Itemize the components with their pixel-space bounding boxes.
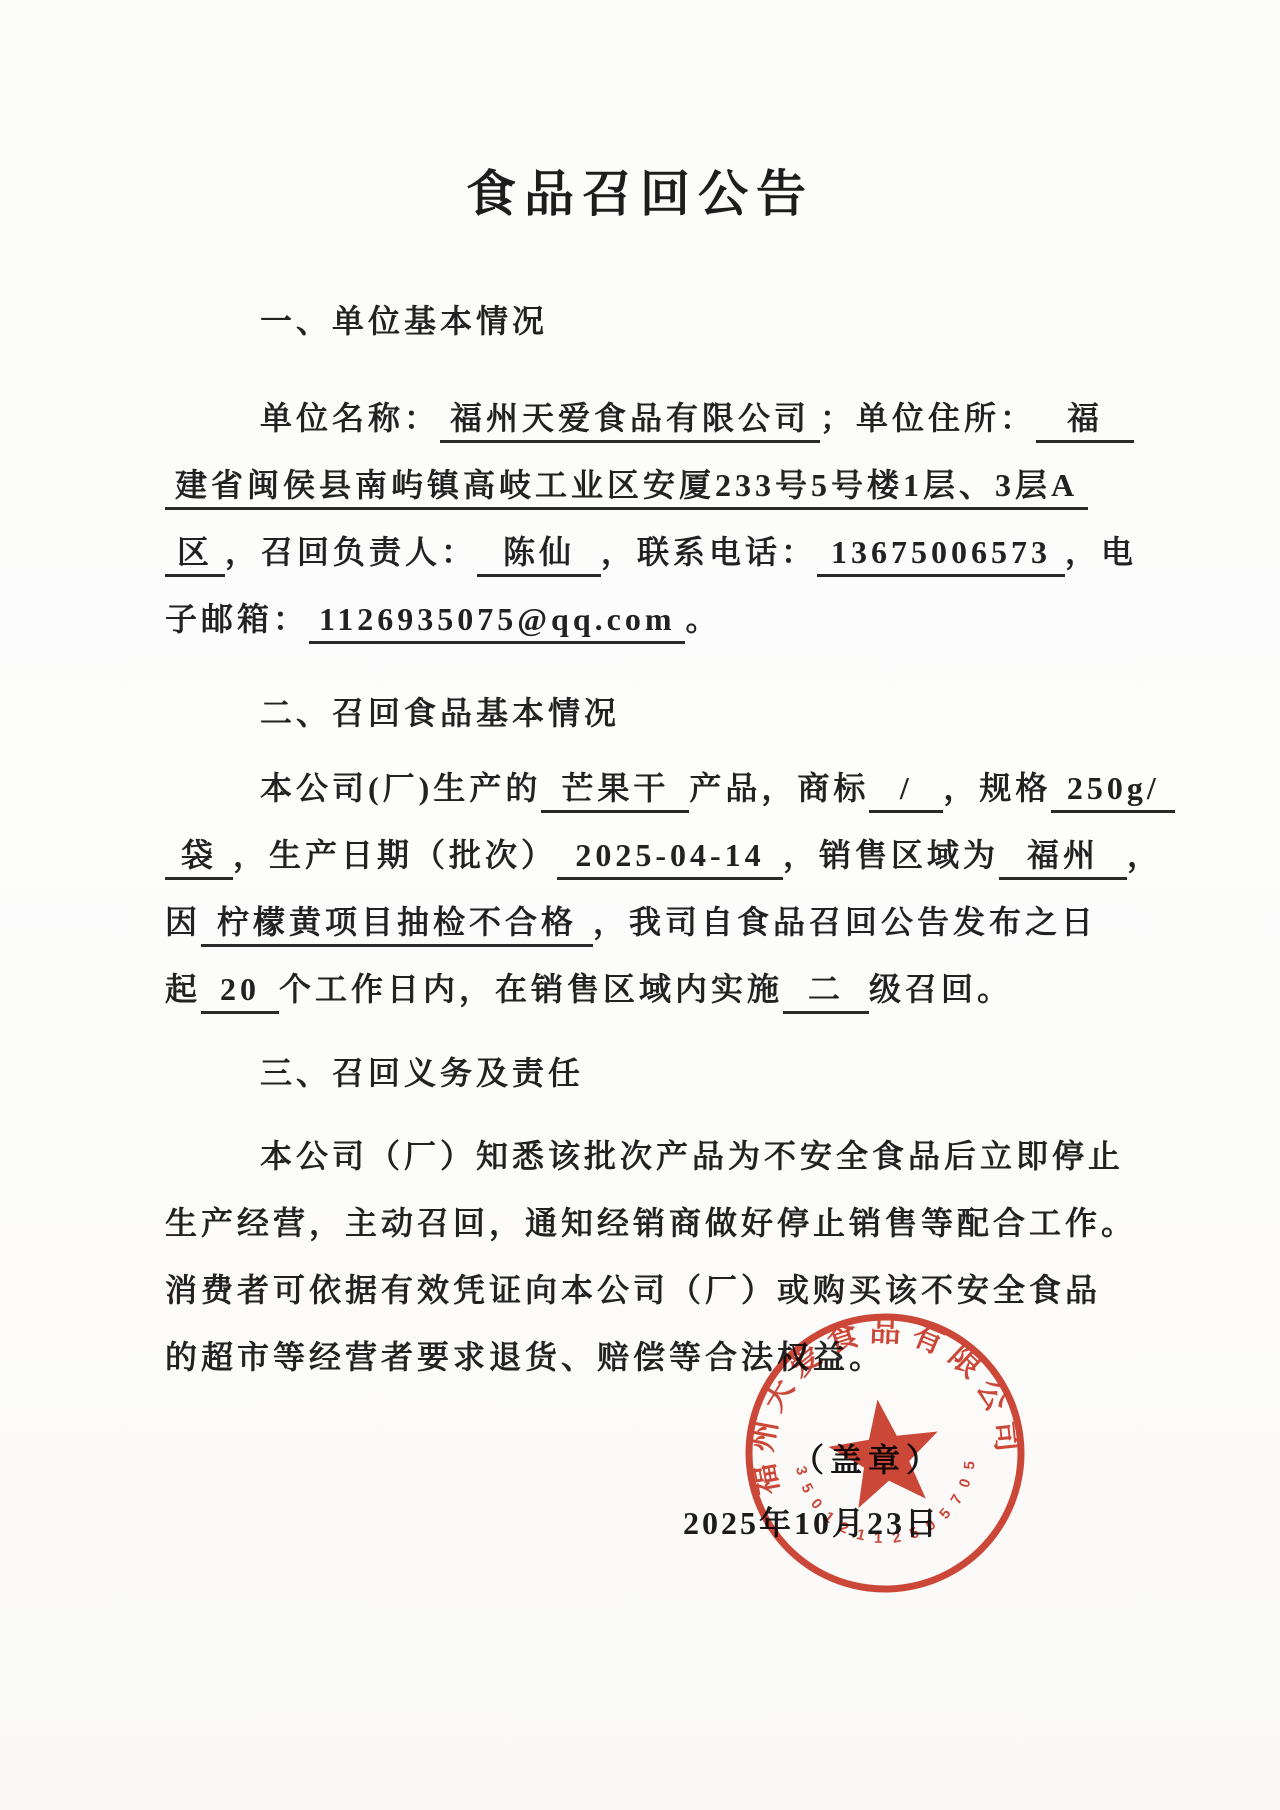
filled-blank: 1126935075@qq.com (309, 600, 685, 644)
section-heading-recalled-food-info: 二、召回食品基本情况 (165, 680, 1270, 747)
scanned-document-page: 食品召回公告 一、单位基本情况 单位名称：福州天爱食品有限公司；单位住所：福建省… (0, 0, 1280, 1810)
filled-blank: 13675006573 (817, 533, 1065, 577)
text-run: ；单位住所： (820, 400, 1036, 436)
filled-blank: 柠檬黄项目抽检不合格 (201, 903, 593, 947)
text-run: ，生产日期（批次） (233, 837, 557, 873)
text-run: ，联系电话： (601, 534, 817, 570)
filled-blank: 福 (1036, 399, 1134, 443)
text-line: 单位名称：福州天爱食品有限公司；单位住所：福 (165, 385, 1175, 452)
text-line: 生产经营，主动召回，通知经销商做好停止销售等配合工作。 (165, 1190, 1175, 1257)
text-run: 因 (165, 904, 201, 940)
filled-blank: 福州 (999, 836, 1127, 880)
text-run: 本公司(厂)生产的 (260, 770, 541, 806)
text-run: ， (1127, 837, 1163, 873)
filled-blank: 福州天爱食品有限公司 (440, 399, 820, 443)
text-run: 起 (165, 971, 201, 1007)
company-seal: 福州天爱食品有限公司 35012112505705 (720, 1288, 1050, 1618)
text-run: 产品，商标 (689, 770, 869, 806)
text-run: 子邮箱： (165, 601, 309, 637)
text-line: 消费者可依据有效凭证向本公司（厂）或购买该不安全食品 (165, 1257, 1175, 1324)
text-run: ，我司自食品召回公告发布之日 (593, 904, 1097, 940)
filled-blank: 袋 (165, 836, 233, 880)
text-run: 个工作日内，在销售区域内实施 (279, 971, 783, 1007)
star-icon (823, 1392, 947, 1511)
filled-blank: / (869, 769, 943, 813)
paragraph-recalled-food-info: 本公司(厂)生产的芒果干产品，商标/，规格250g/袋，生产日期（批次）2025… (165, 755, 1175, 1023)
text-line: 起20个工作日内，在销售区域内实施二级召回。 (165, 956, 1175, 1023)
text-line: 子邮箱：1126935075@qq.com。 (165, 586, 1175, 653)
filled-blank: 建省闽侯县南屿镇高岐工业区安厦233号5号楼1层、3层A (165, 466, 1088, 510)
text-run: 本公司（厂）知悉该批次产品为不安全食品后立即停止 (260, 1138, 1124, 1174)
text-run: ，召回负责人： (225, 534, 477, 570)
text-line: 区，召回负责人：陈仙，联系电话：13675006573，电 (165, 519, 1175, 586)
text-line: 因柠檬黄项目抽检不合格，我司自食品召回公告发布之日 (165, 889, 1175, 956)
text-line: 本公司（厂）知悉该批次产品为不安全食品后立即停止 (165, 1123, 1175, 1190)
text-run: ，销售区域为 (783, 837, 999, 873)
text-line: 本公司(厂)生产的芒果干产品，商标/，规格250g/ (165, 755, 1175, 822)
filled-blank: 芒果干 (541, 769, 689, 813)
text-line: 袋，生产日期（批次）2025-04-14，销售区域为福州， (165, 822, 1175, 889)
filled-blank: 二 (783, 970, 869, 1014)
filled-blank: 250g/ (1051, 769, 1175, 813)
section-heading-unit-info: 一、单位基本情况 (165, 288, 1270, 355)
paragraph-unit-info: 单位名称：福州天爱食品有限公司；单位住所：福建省闽侯县南屿镇高岐工业区安厦233… (165, 385, 1175, 653)
text-line: 的超市等经营者要求退货、赔偿等合法权益。 (165, 1324, 1175, 1391)
company-seal-graphic: 福州天爱食品有限公司 35012112505705 (720, 1288, 1050, 1618)
paragraph-recall-obligations: 本公司（厂）知悉该批次产品为不安全食品后立即停止生产经营，主动召回，通知经销商做… (165, 1123, 1175, 1391)
filled-blank: 陈仙 (477, 533, 601, 577)
filled-blank: 区 (165, 533, 225, 577)
filled-blank: 2025-04-14 (557, 836, 783, 880)
section-heading-recall-obligations: 三、召回义务及责任 (165, 1040, 1270, 1107)
text-run: 生产经营，主动召回，通知经销商做好停止销售等配合工作。 (165, 1205, 1137, 1241)
text-run: 。 (685, 601, 721, 637)
text-run: 级召回。 (869, 971, 1013, 1007)
text-run: ，电 (1065, 534, 1137, 570)
text-run: 单位名称： (260, 400, 440, 436)
text-run: ，规格 (943, 770, 1051, 806)
text-line: 建省闽侯县南屿镇高岐工业区安厦233号5号楼1层、3层A (165, 452, 1175, 519)
filled-blank: 20 (201, 970, 279, 1014)
document-title: 食品召回公告 (0, 158, 1280, 230)
